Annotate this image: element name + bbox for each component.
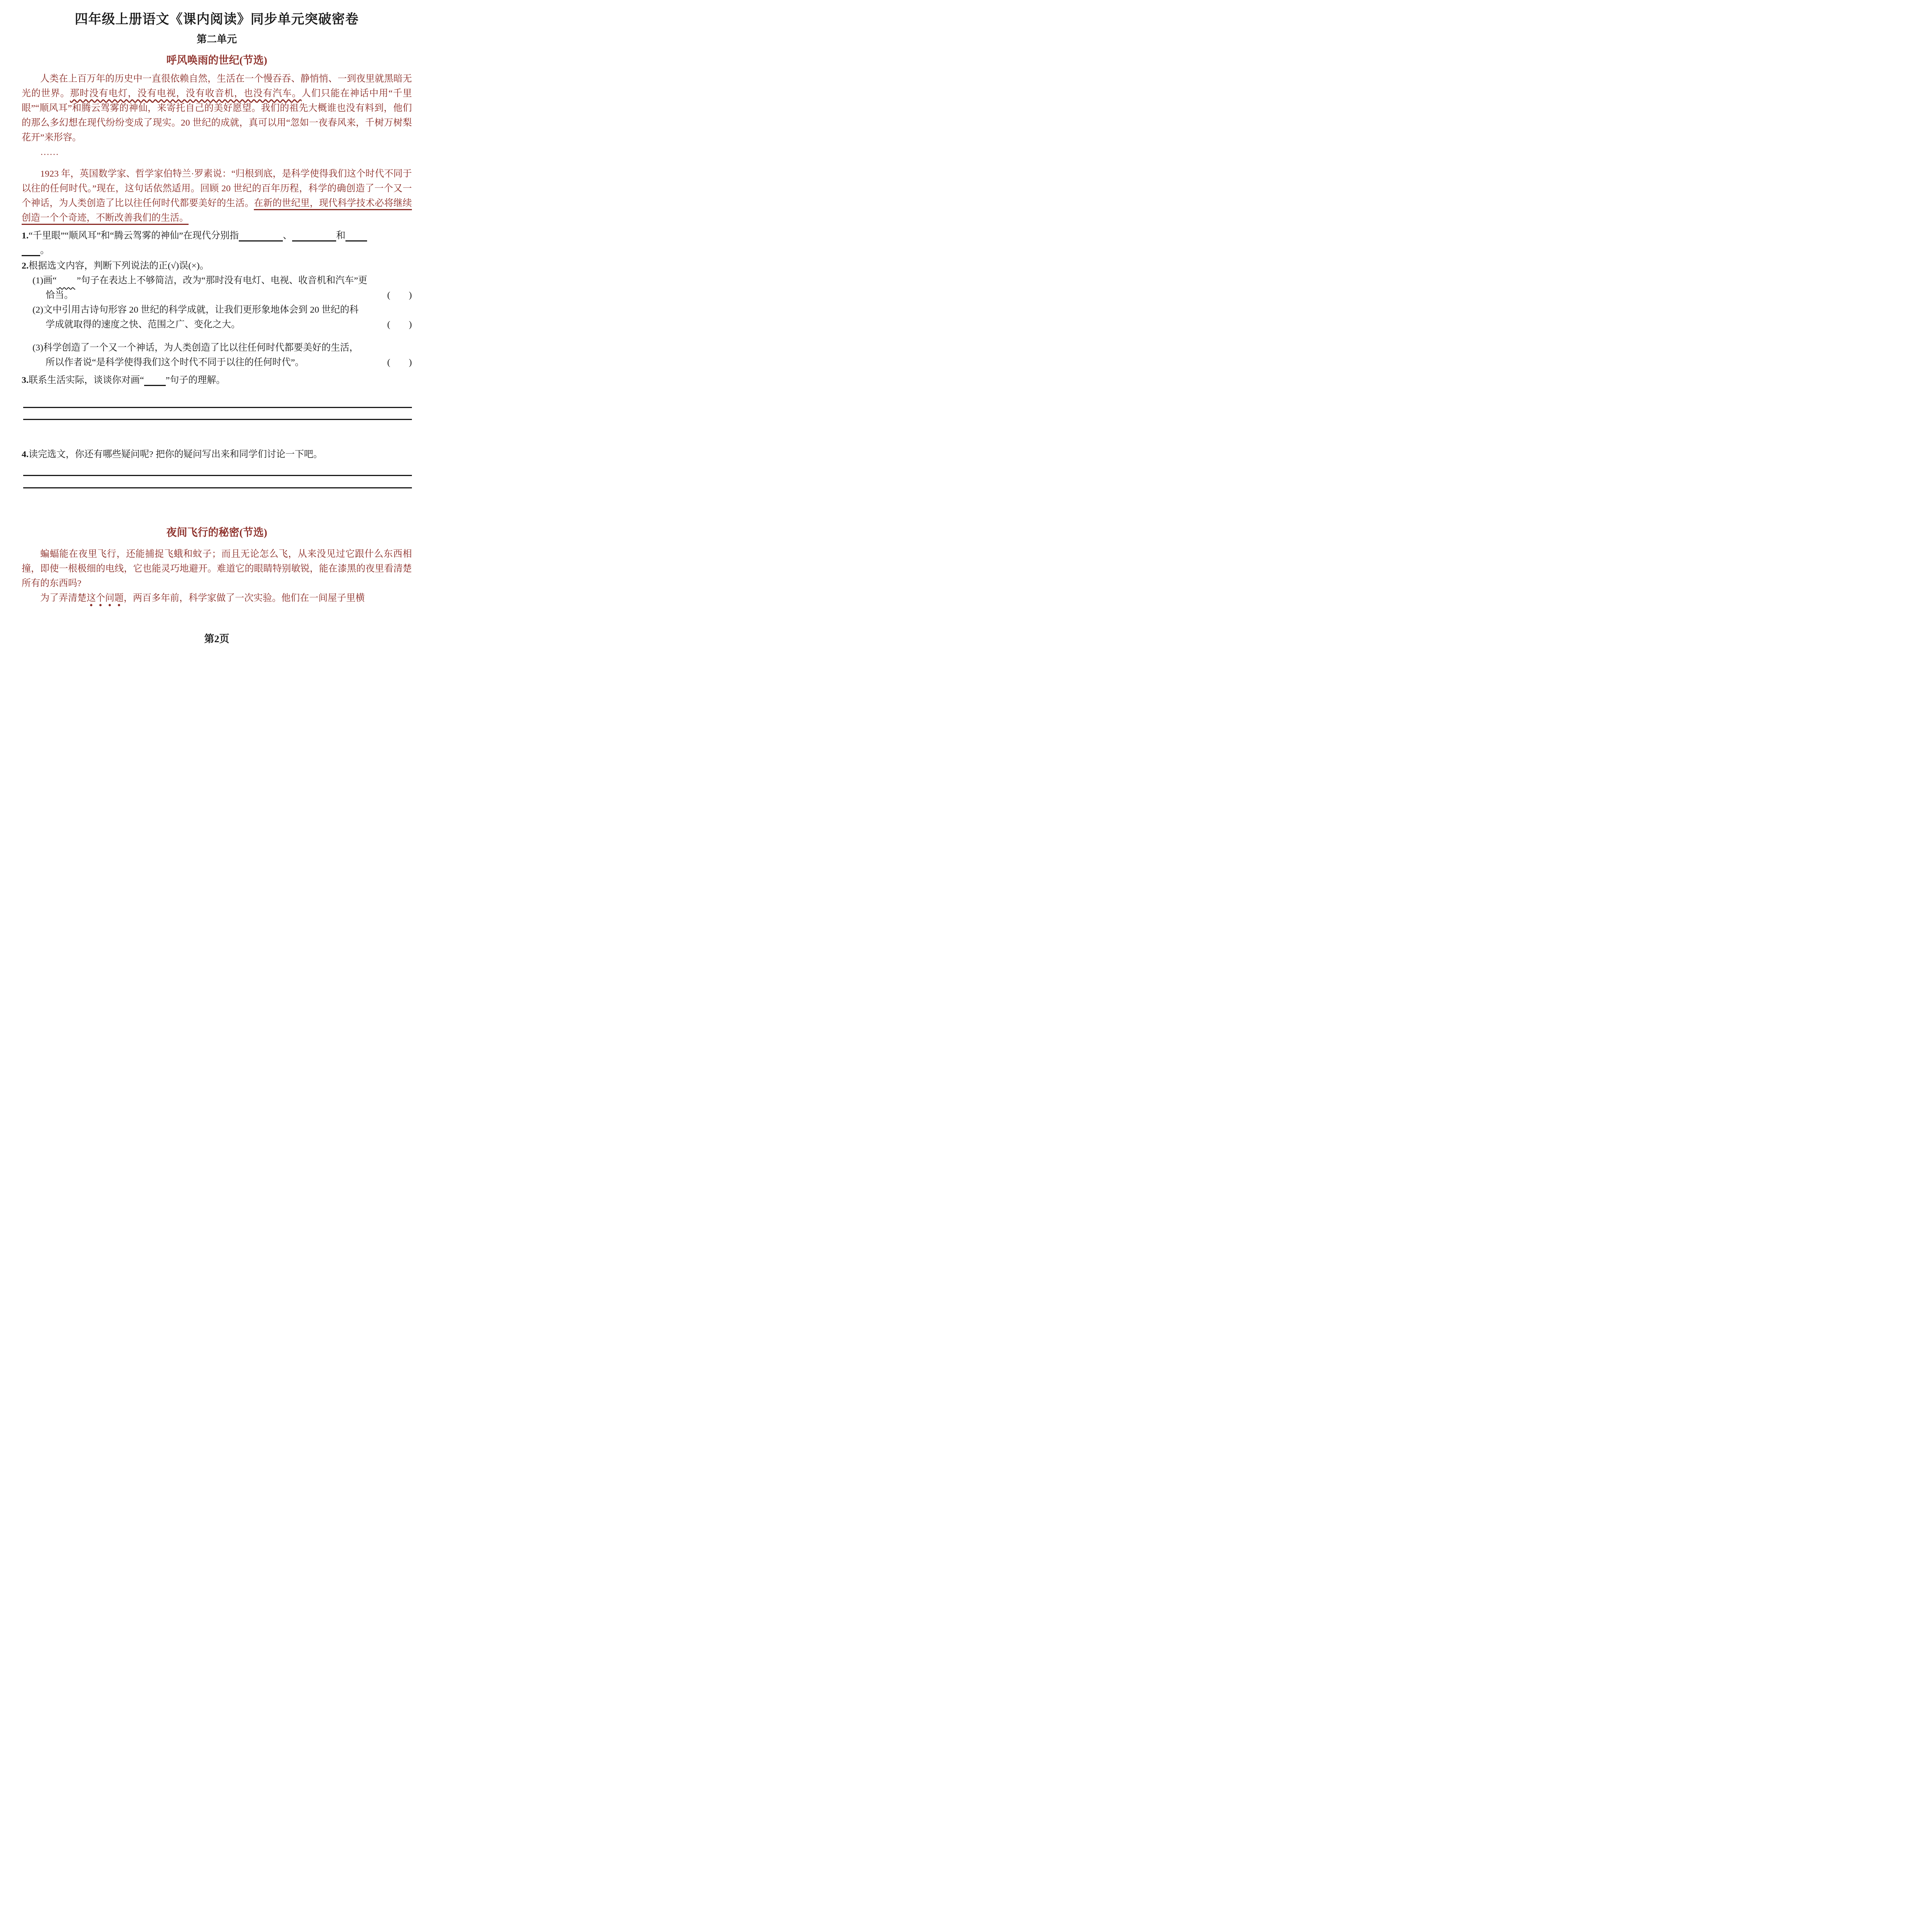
q3-answer-line-1[interactable] [23,407,412,408]
passage2-paragraph1: 蝙蝠能在夜里飞行，还能捕捉飞蛾和蚊子；而且无论怎么飞，从来没见过它跟什么东西相撞… [22,547,412,591]
q2-item-3-answer-bracket[interactable]: ( ) [387,355,412,370]
passage1-heading: 呼风唤雨的世纪(节选) [22,52,412,67]
question-1-number: 1. [22,231,29,241]
question-2-text: 根据选文内容，判断下列说法的正(√)误(×)。 [29,261,209,271]
q2-item-1-wavy-blank[interactable] [57,273,77,288]
question-2-item-3: (3)科学创造了一个又一个神话，为人类创造了比以往任何时代都要美好的生活， 所以… [22,340,412,370]
q2-item-1-line-1: (1)画“ ”句子在表达上不够简洁，改为“那时没有电灯、电视、收音机和汽车”更 [22,273,412,288]
passage2-paragraph2: 为了弄清楚这个问题，两百多年前，科学家做了一次实验。他们在一间屋子里横 [22,591,412,605]
q2-item-1-text-end: 恰当。 [46,288,73,303]
question-1-text: “千里眼”“顺风耳”和“腾云驾雾的神仙”在现代分别指 [29,231,239,241]
question-1: 1.“千里眼”“顺风耳”和“腾云驾雾的神仙”在现代分别指、和 [22,228,412,243]
question-2-number: 2. [22,261,29,271]
question-3-number: 3. [22,375,29,385]
passage1-paragraph1: 人类在上百万年的历史中一直很依赖自然，生活在一个慢吞吞、静悄悄、一到夜里就黑暗无… [22,71,412,145]
q3-quoted-blank[interactable] [144,379,166,386]
q2-item-1-text-post: ”句子在表达上不够简洁，改为“那时没有电灯、电视、收音机和汽车”更 [77,276,367,286]
passage2-p2-emphasized-phrase: 这个问题 [87,593,124,607]
q2-item-2-line-1: (2)文中引用古诗句形容 20 世纪的科学成就，让我们更形象地体会到 20 世纪… [22,303,412,317]
question-4: 4.读完选文，你还有哪些疑问呢? 把你的疑问写出来和同学们讨论一下吧。 [22,447,412,462]
passage2-p2-text-pre: 为了弄清楚 [40,593,87,603]
q2-item-3-text: 科学创造了一个又一个神话，为人类创造了比以往任何时代都要美好的生活， [43,343,359,353]
passage1-paragraph2: 1923 年，英国数学家、哲学家伯特兰·罗素说：“归根到底，是科学使得我们这个时… [22,167,412,225]
passage2-p2-text-post: ，两百多年前，科学家做了一次实验。他们在一间屋子里横 [124,593,365,603]
q1-fill-blank-3[interactable] [345,235,367,241]
page-title: 四年级上册语文《课内阅读》同步单元突破密卷 [22,9,412,27]
question-2-item-1: (1)画“ ”句子在表达上不够简洁，改为“那时没有电灯、电视、收音机和汽车”更 … [22,273,412,303]
q1-period: 。 [40,245,49,255]
question-2: 2.根据选文内容，判断下列说法的正(√)误(×)。 [22,259,412,273]
q2-item-3-text-end: 所以作者说“是科学使得我们这个时代不同于以往的任何时代”。 [46,355,304,370]
passage1-ellipsis: …… [22,145,412,160]
q2-item-3-line-2: 所以作者说“是科学使得我们这个时代不同于以往的任何时代”。( ) [22,355,412,370]
question-2-item-2: (2)文中引用古诗句形容 20 世纪的科学成就，让我们更形象地体会到 20 世纪… [22,303,412,332]
page-number: 第2页 [22,631,412,645]
question-3: 3.联系生活实际，谈谈你对画“”句子的理解。 [22,373,412,388]
q2-item-2-answer-bracket[interactable]: ( ) [387,317,412,332]
q2-item-2-line-2: 学成就取得的速度之快、范围之广、变化之大。( ) [22,317,412,332]
passage1-p1-wavy-underlined-sentence: 那时没有电灯，没有电视，没有收音机，也没有汽车。 [70,88,302,99]
q1-fill-blank-4[interactable] [22,249,40,256]
q1-separator: 、 [283,231,292,241]
unit-subtitle: 第二单元 [22,31,412,46]
question-3-text-pre: 联系生活实际，谈谈你对画“ [29,375,144,385]
passage2-heading: 夜间飞行的秘密(节选) [22,524,412,539]
q2-item-2-text: 文中引用古诗句形容 20 世纪的科学成就，让我们更形象地体会到 20 世纪的科 [43,305,359,315]
worksheet-page: 四年级上册语文《课内阅读》同步单元突破密卷 第二单元 呼风唤雨的世纪(节选) 人… [0,0,431,655]
q2-item-1-line-2: 恰当。( ) [22,288,412,303]
q1-and-label: 和 [336,231,345,241]
q2-item-1-number: (1) [32,276,43,286]
q4-answer-line-2[interactable] [23,487,412,488]
q2-item-2-number: (2) [32,305,43,315]
q2-item-3-line-1: (3)科学创造了一个又一个神话，为人类创造了比以往任何时代都要美好的生活， [22,340,412,355]
q2-item-3-number: (3) [32,343,43,353]
question-4-number: 4. [22,449,29,459]
q4-answer-line-1[interactable] [23,475,412,476]
question-4-text: 读完选文，你还有哪些疑问呢? 把你的疑问写出来和同学们讨论一下吧。 [29,449,323,459]
q1-fill-blank-1[interactable] [239,235,283,241]
q3-answer-line-2[interactable] [23,419,412,420]
q2-item-1-answer-bracket[interactable]: ( ) [387,288,412,303]
q1-fill-blank-2[interactable] [292,235,336,241]
q2-item-1-text-pre: 画“ [43,276,57,286]
question-3-text-post: ”句子的理解。 [166,375,226,385]
q2-item-2-text-end: 学成就取得的速度之快、范围之广、变化之大。 [46,317,240,332]
question-1-continuation: 。 [22,243,412,258]
